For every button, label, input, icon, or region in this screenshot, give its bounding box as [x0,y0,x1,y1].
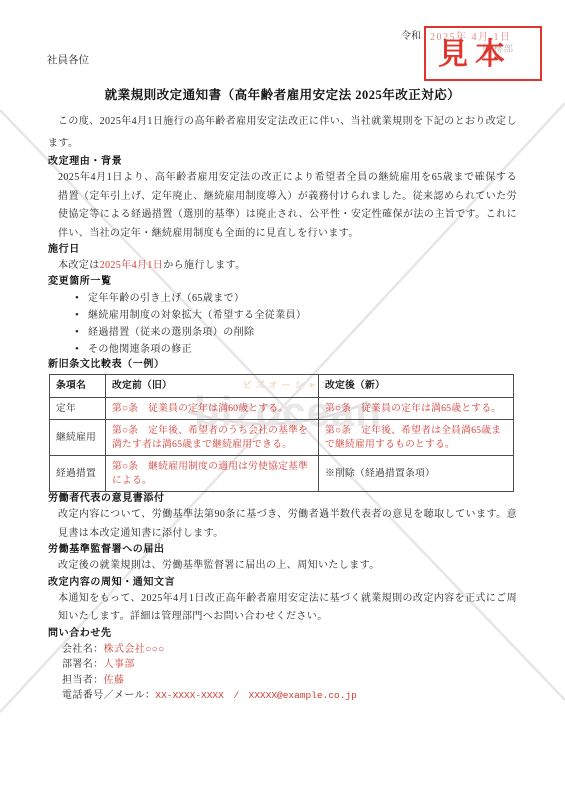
effective-before-text: 本改定は [58,260,100,271]
section-notify-heading: 労働基準監督署への届出 [48,543,517,557]
contact-value: 株式会社○○○ [104,644,165,655]
new-text-cell: 第○条 定年後、希望者は全員満65歳まで継続雇用するものとする。 [319,420,514,456]
section-opinion-heading: 労働者代表の意見書添付 [48,492,517,506]
change-item: 経過措置（従来の選別条項）の削除 [75,324,517,341]
section-reason-body: 2025年4月1日より、高年齢者雇用安定法の改正により希望者全員の継続雇用を65… [58,169,517,243]
changes-list: 定年年齢の引き上げ（65歳まで） 継続雇用制度の対象拡大（希望する全従業員） 経… [75,290,517,358]
clause-name-cell: 継続雇用 [50,420,106,456]
contact-label: 電話番号／メール： [62,690,155,701]
section-effective-heading: 施行日 [48,243,517,257]
effective-date-line: 本改定は2025年4月1日から施行します。 [58,257,517,275]
section-reason-heading: 改定理由・背景 [48,155,517,169]
contact-value: 人事部 [104,659,135,670]
section-notify-body: 改定後の就業規則は、労働基準監督署に届出の上、周知いたします。 [58,557,517,576]
change-item: 継続雇用制度の対象拡大（希望する全従業員） [75,307,517,324]
new-text-cell: ※削除（経過措置条項） [319,456,514,492]
table-row: 定年 第○条 従業員の定年は満60歳とする。 第○条 従業員の定年は満65歳とす… [50,398,514,420]
contact-label: 会社名： [62,644,104,655]
old-text-cell: 第○条 従業員の定年は満60歳とする。 [106,398,319,420]
contact-row-person: 担当者：佐藤 [62,673,517,689]
section-comparison-heading: 新旧条文比較表（一例） [48,358,517,372]
section-opinion-body: 改定内容について、労働基準法第90条に基づき、労働者過半数代表者の意見を聴取して… [58,506,517,543]
intro-paragraph: この度、2025年4月1日施行の高年齢者雇用安定法改正に伴い、当社就業規則を下記… [48,111,517,155]
change-item: 定年年齢の引き上げ（65歳まで） [75,290,517,307]
old-text-cell: 第○条 定年後、希望者のうち会社の基準を満たす者は満65歳まで継続雇用できる。 [106,420,319,456]
document-page: ビズオーシャン bizocean 令和 2025年 4月 1日 総務部 見本 社… [0,0,565,800]
contact-label: 担当者： [62,675,104,686]
contact-value: 佐藤 [104,675,125,686]
contact-info: 会社名：株式会社○○○ 部署名：人事部 担当者：佐藤 電話番号／メール：XX-X… [62,642,517,704]
contact-row-company: 会社名：株式会社○○○ [62,642,517,658]
contact-value: XX-XXXX-XXXX / XXXXX@example.co.jp [155,690,356,701]
effective-date-value: 2025年4月1日 [100,260,164,271]
document-body: この度、2025年4月1日施行の高年齢者雇用安定法改正に伴い、当社就業規則を下記… [48,0,517,704]
table-row: 継続雇用 第○条 定年後、希望者のうち会社の基準を満たす者は満65歳まで継続雇用… [50,420,514,456]
clause-name-cell: 経過措置 [50,456,106,492]
column-header-clause: 条項名 [50,375,106,398]
section-announce-body: 本通知をもって、2025年4月1日改正高年齢者雇用安定法に基づく就業規則の改定内… [58,590,517,627]
section-contact-heading: 問い合わせ先 [48,627,517,641]
section-announce-heading: 改定内容の周知・通知文言 [48,576,517,590]
comparison-table: 条項名 改定前（旧） 改定後（新） 定年 第○条 従業員の定年は満60歳とする。… [49,374,514,492]
sample-stamp-label: 見本 [418,40,532,70]
column-header-old: 改定前（旧） [106,375,319,398]
contact-row-department: 部署名：人事部 [62,657,517,673]
column-header-new: 改定後（新） [319,375,514,398]
section-changes-heading: 変更箇所一覧 [48,275,517,289]
effective-after-text: から施行します。 [163,260,245,271]
table-row: 経過措置 第○条 継続雇用制度の適用は労使協定基準による。 ※削除（経過措置条項… [50,456,514,492]
contact-label: 部署名： [62,659,104,670]
change-item: その他関連条項の修正 [75,341,517,358]
clause-name-cell: 定年 [50,398,106,420]
table-header-row: 条項名 改定前（旧） 改定後（新） [50,375,514,398]
old-text-cell: 第○条 継続雇用制度の適用は労使協定基準による。 [106,456,319,492]
new-text-cell: 第○条 従業員の定年は満65歳とする。 [319,398,514,420]
contact-row-phone-email: 電話番号／メール：XX-XXXX-XXXX / XXXXX@example.co… [62,688,517,704]
sample-stamp-box: 2025年 4月 1日 総務部 見本 [424,26,542,81]
